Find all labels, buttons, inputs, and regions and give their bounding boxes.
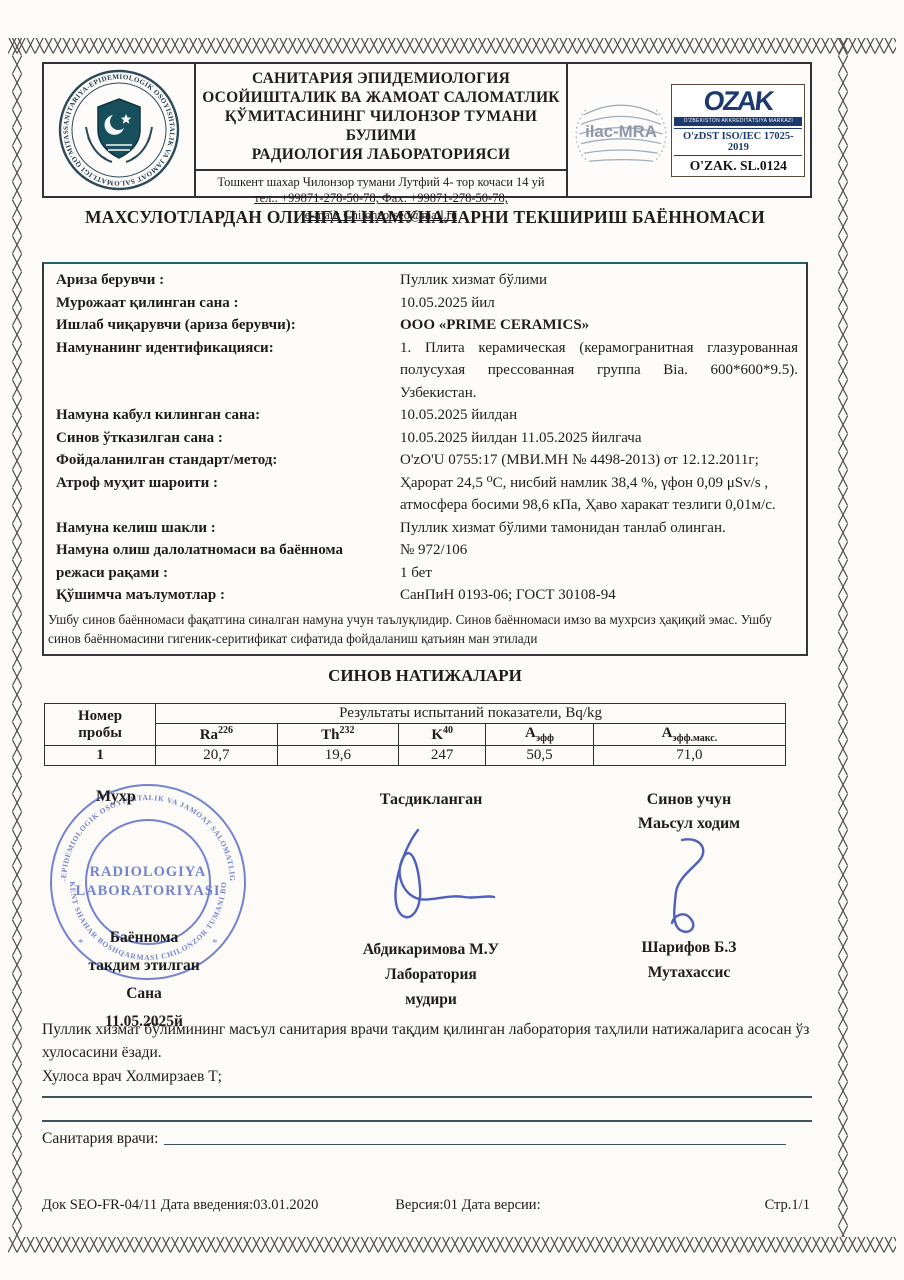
signature-section: SANITARIYA-EPIDEMIOLOGIK OSOYISHTALIK VA… <box>42 780 808 1015</box>
accreditation-number: O'ZAK. SL.0124 <box>674 156 802 174</box>
specialist-role: Мутахассис <box>570 961 808 986</box>
results-col-sample-number: Номер пробы <box>45 704 156 746</box>
field-label: Мурожаат қилинган сана : <box>56 292 400 315</box>
results-col-ra226: Ra226 <box>156 724 277 746</box>
field-label: Фойдаланилган стандарт/метод: <box>56 449 400 472</box>
field-value: ООО «PRIME CERAMICS» <box>400 314 798 337</box>
th232-value: 19,6 <box>277 746 399 766</box>
lab-head-signature-icon <box>356 816 506 934</box>
results-row: 1 20,7 19,6 247 50,5 71,0 <box>45 746 786 766</box>
sample-number-value: 1 <box>45 746 156 766</box>
org-identity: САНИТАРИЯ ЭПИДЕМИОЛОГИЯ ОСОЙИШТАЛИК ВА Ж… <box>196 64 568 196</box>
letterhead: SANITARIYA-EPIDEMIOLOGIK OSOYISHTALIK VA… <box>42 62 812 198</box>
field-label: Синов ўтказилган сана : <box>56 427 400 450</box>
stamp-column: SANITARIYA-EPIDEMIOLOGIK OSOYISHTALIK VA… <box>42 780 292 1015</box>
footer-page-number: Стр.1/1 <box>672 1197 810 1214</box>
border-pattern-bottom: ╳╳╳╳╳╳╳╳╳╳╳╳╳╳╳╳╳╳╳╳╳╳╳╳╳╳╳╳╳╳╳╳╳╳╳╳╳╳╳╳… <box>8 1237 896 1254</box>
field-application-date: Мурожаат қилинган сана : 10.05.2025 йил <box>56 292 798 315</box>
field-environment-conditions: Атроф муҳит шароити : Ҳарорат 24,5 ⁰С, н… <box>56 472 798 517</box>
field-value: Ҳарорат 24,5 ⁰С, нисбий намлик 38,4 %, γ… <box>400 472 798 517</box>
conclusion-doctor-line: Хулоса врач Холмирзаев Т; <box>42 1065 814 1088</box>
field-value: 10.05.2025 йилдан <box>400 404 798 427</box>
stamp-label: Мухр <box>96 788 292 806</box>
ruled-line <box>42 1120 812 1122</box>
org-name: САНИТАРИЯ ЭПИДЕМИОЛОГИЯ ОСОЙИШТАЛИК ВА Ж… <box>196 64 566 171</box>
results-col-th232: Th232 <box>277 724 399 746</box>
document-footer: Док SEO-FR-04/11 Дата введения:03.01.202… <box>42 1197 810 1214</box>
sanitary-doctor-label: Санитария врачи: <box>42 1130 158 1148</box>
field-value: O'zO'U 0755:17 (МВИ.МН № 4498-2013) от 1… <box>400 449 798 472</box>
ozak-standard: O'zDST ISO/IEC 17025-2019 <box>674 128 802 156</box>
signature-line <box>164 1130 786 1145</box>
org-name-line: РАДИОЛОГИЯ ЛАБОРАТОРИЯСИ <box>200 146 562 165</box>
validity-note: Ушбу синов баённомаси фақатгина синалган… <box>44 607 806 654</box>
field-manufacturer: Ишлаб чиқарувчи (ариза берувчи): ООО «PR… <box>56 314 798 337</box>
results-col-k40: K40 <box>399 724 486 746</box>
ruled-line <box>42 1096 812 1098</box>
aeff-max-value: 71,0 <box>593 746 785 766</box>
field-value: № 972/106 <box>400 539 798 562</box>
results-col-aeff: Аэфф <box>486 724 594 746</box>
test-responsible-label: Синов учун Маьсул ходим <box>570 788 808 836</box>
lab-head-column: Тасдикланган Абдикаримова М.У Лаборатори… <box>292 780 570 1015</box>
field-value: 10.05.2025 йил <box>400 292 798 315</box>
field-label: Намуна келиш шакли : <box>56 517 400 540</box>
ozak-logo: OZAK O'ZBEKISTON AKKREDITATSIYA MARKAZI … <box>671 84 805 177</box>
ozak-subtitle: O'ZBEKISTON AKKREDITATSIYA MARKAZI <box>674 117 802 126</box>
field-sample-delivery-form: Намуна келиш шакли : Пуллик хизмат бўлим… <box>56 517 798 540</box>
results-col-aeff-max: Аэфф.макс. <box>593 724 785 746</box>
sample-info-table: Ариза берувчи : Пуллик хизмат бўлими Мур… <box>42 262 808 656</box>
document-page: ╳╳╳╳╳╳╳╳╳╳╳╳╳╳╳╳╳╳╳╳╳╳╳╳╳╳╳╳╳╳╳╳╳╳╳╳╳╳╳╳… <box>0 0 904 1280</box>
lab-head-role: Лаборатория мудири <box>292 963 570 1013</box>
field-test-date: Синов ўтказилган сана : 10.05.2025 йилда… <box>56 427 798 450</box>
org-address: Тошкент шахар Чилонзор тумани Лутфий 4- … <box>198 174 564 191</box>
field-value: 10.05.2025 йилдан 11.05.2025 йилгача <box>400 427 798 450</box>
results-group-header: Результаты испытаний показатели, Bq/kg <box>156 704 786 724</box>
field-value-2: 1 бет <box>400 562 798 585</box>
org-name-line: ОСОЙИШТАЛИК ВА ЖАМОАТ САЛОМАТЛИК <box>200 89 562 108</box>
lab-head-name: Абдикаримова М.У <box>292 938 570 963</box>
field-value: СанПиН 0193-06; ГОСТ 30108-94 <box>400 584 798 607</box>
org-name-line: ҚЎМИТАСИНИНГ ЧИЛОНЗОР ТУМАНИ БУЛИМИ <box>200 108 562 146</box>
specialist-column: Синов учун Маьсул ходим Шарифов Б.З Мута… <box>570 780 808 1015</box>
field-label: Ариза берувчи : <box>56 269 400 292</box>
field-value: 1. Плита керамическая (керамогранитная г… <box>400 337 798 405</box>
field-sample-received-date: Намуна кабул килинган сана: 10.05.2025 й… <box>56 404 798 427</box>
results-title: СИНОВ НАТИЖАЛАРИ <box>42 666 808 686</box>
results-table: Номер пробы Результаты испытаний показат… <box>44 703 786 766</box>
field-standard-method: Фойдаланилган стандарт/метод: O'zO'U 075… <box>56 449 798 472</box>
ilac-mra-label: ilac-MRA <box>585 122 657 141</box>
ra226-value: 20,7 <box>156 746 277 766</box>
approved-label: Тасдикланган <box>292 788 570 812</box>
field-label: Атроф муҳит шароити : <box>56 472 400 517</box>
field-label: Қўшимча маълумотлар : <box>56 584 400 607</box>
footer-doc-code: Док SEO-FR-04/11 Дата введения:03.01.202… <box>42 1197 395 1214</box>
border-pattern-right: ╳╳╳╳╳╳╳╳╳╳╳╳╳╳╳╳╳╳╳╳╳╳╳╳╳╳╳╳╳╳╳╳╳╳╳╳╳╳╳╳… <box>832 38 850 1237</box>
ilac-mra-stamp-icon: ilac-MRA <box>573 85 669 175</box>
stamp-center-line1: RADIOLOGIYA <box>90 864 207 880</box>
border-pattern-top: ╳╳╳╳╳╳╳╳╳╳╳╳╳╳╳╳╳╳╳╳╳╳╳╳╳╳╳╳╳╳╳╳╳╳╳╳╳╳╳╳… <box>8 38 896 55</box>
footer-version: Версия:01 Дата версии: <box>395 1197 671 1214</box>
stamp-center-line2: LABORATORIYASI <box>75 883 220 899</box>
document-title: МАХСУЛОТЛАРДАН ОЛИНГАН НАМУНАЛАРНИ ТЕКШИ… <box>42 207 808 228</box>
aeff-value: 50,5 <box>486 746 594 766</box>
ozak-logo-name: OZAK <box>673 88 804 115</box>
org-name-line: САНИТАРИЯ ЭПИДЕМИОЛОГИЯ <box>200 70 562 89</box>
field-applicant: Ариза берувчи : Пуллик хизмат бўлими <box>56 269 798 292</box>
field-sampling-act-number: Намуна олиш далолатномаси ва баённома ре… <box>56 539 798 584</box>
field-label: Ишлаб чиқарувчи (ариза берувчи): <box>56 314 400 337</box>
specialist-name: Шарифов Б.З <box>570 936 808 961</box>
field-label: Намуна олиш далолатномаси ва баённома ре… <box>56 539 400 584</box>
accreditation-block: ilac-MRA OZAK O'ZBEKISTON AKKREDITATSIYA… <box>568 64 810 196</box>
protocol-date-block: Баённома такдим этилган Сана 11.05.2025й <box>54 924 234 1036</box>
field-label: Намуна кабул килинган сана: <box>56 404 400 427</box>
field-label: Намунанинг идентификацияси: <box>56 337 400 405</box>
field-value: Пуллик хизмат бўлими тамонидан танлаб ол… <box>400 517 798 540</box>
field-value: Пуллик хизмат бўлими <box>400 269 798 292</box>
field-additional-info: Қўшимча маълумотлар : СанПиН 0193-06; ГО… <box>56 584 798 607</box>
org-phone: тел.: +99871-278-50-78, Фах: +99871-278-… <box>198 190 564 207</box>
k40-value: 247 <box>399 746 486 766</box>
border-pattern-left: ╳╳╳╳╳╳╳╳╳╳╳╳╳╳╳╳╳╳╳╳╳╳╳╳╳╳╳╳╳╳╳╳╳╳╳╳╳╳╳╳… <box>6 38 24 1237</box>
org-emblem-icon: SANITARIYA-EPIDEMIOLOGIK OSOYISHTALIK VA… <box>44 64 196 196</box>
sanitary-doctor-row: Санитария врачи: <box>42 1130 786 1148</box>
specialist-signature-icon <box>634 836 744 936</box>
field-sample-identification: Намунанинг идентификацияси: 1. Плита кер… <box>56 337 798 405</box>
